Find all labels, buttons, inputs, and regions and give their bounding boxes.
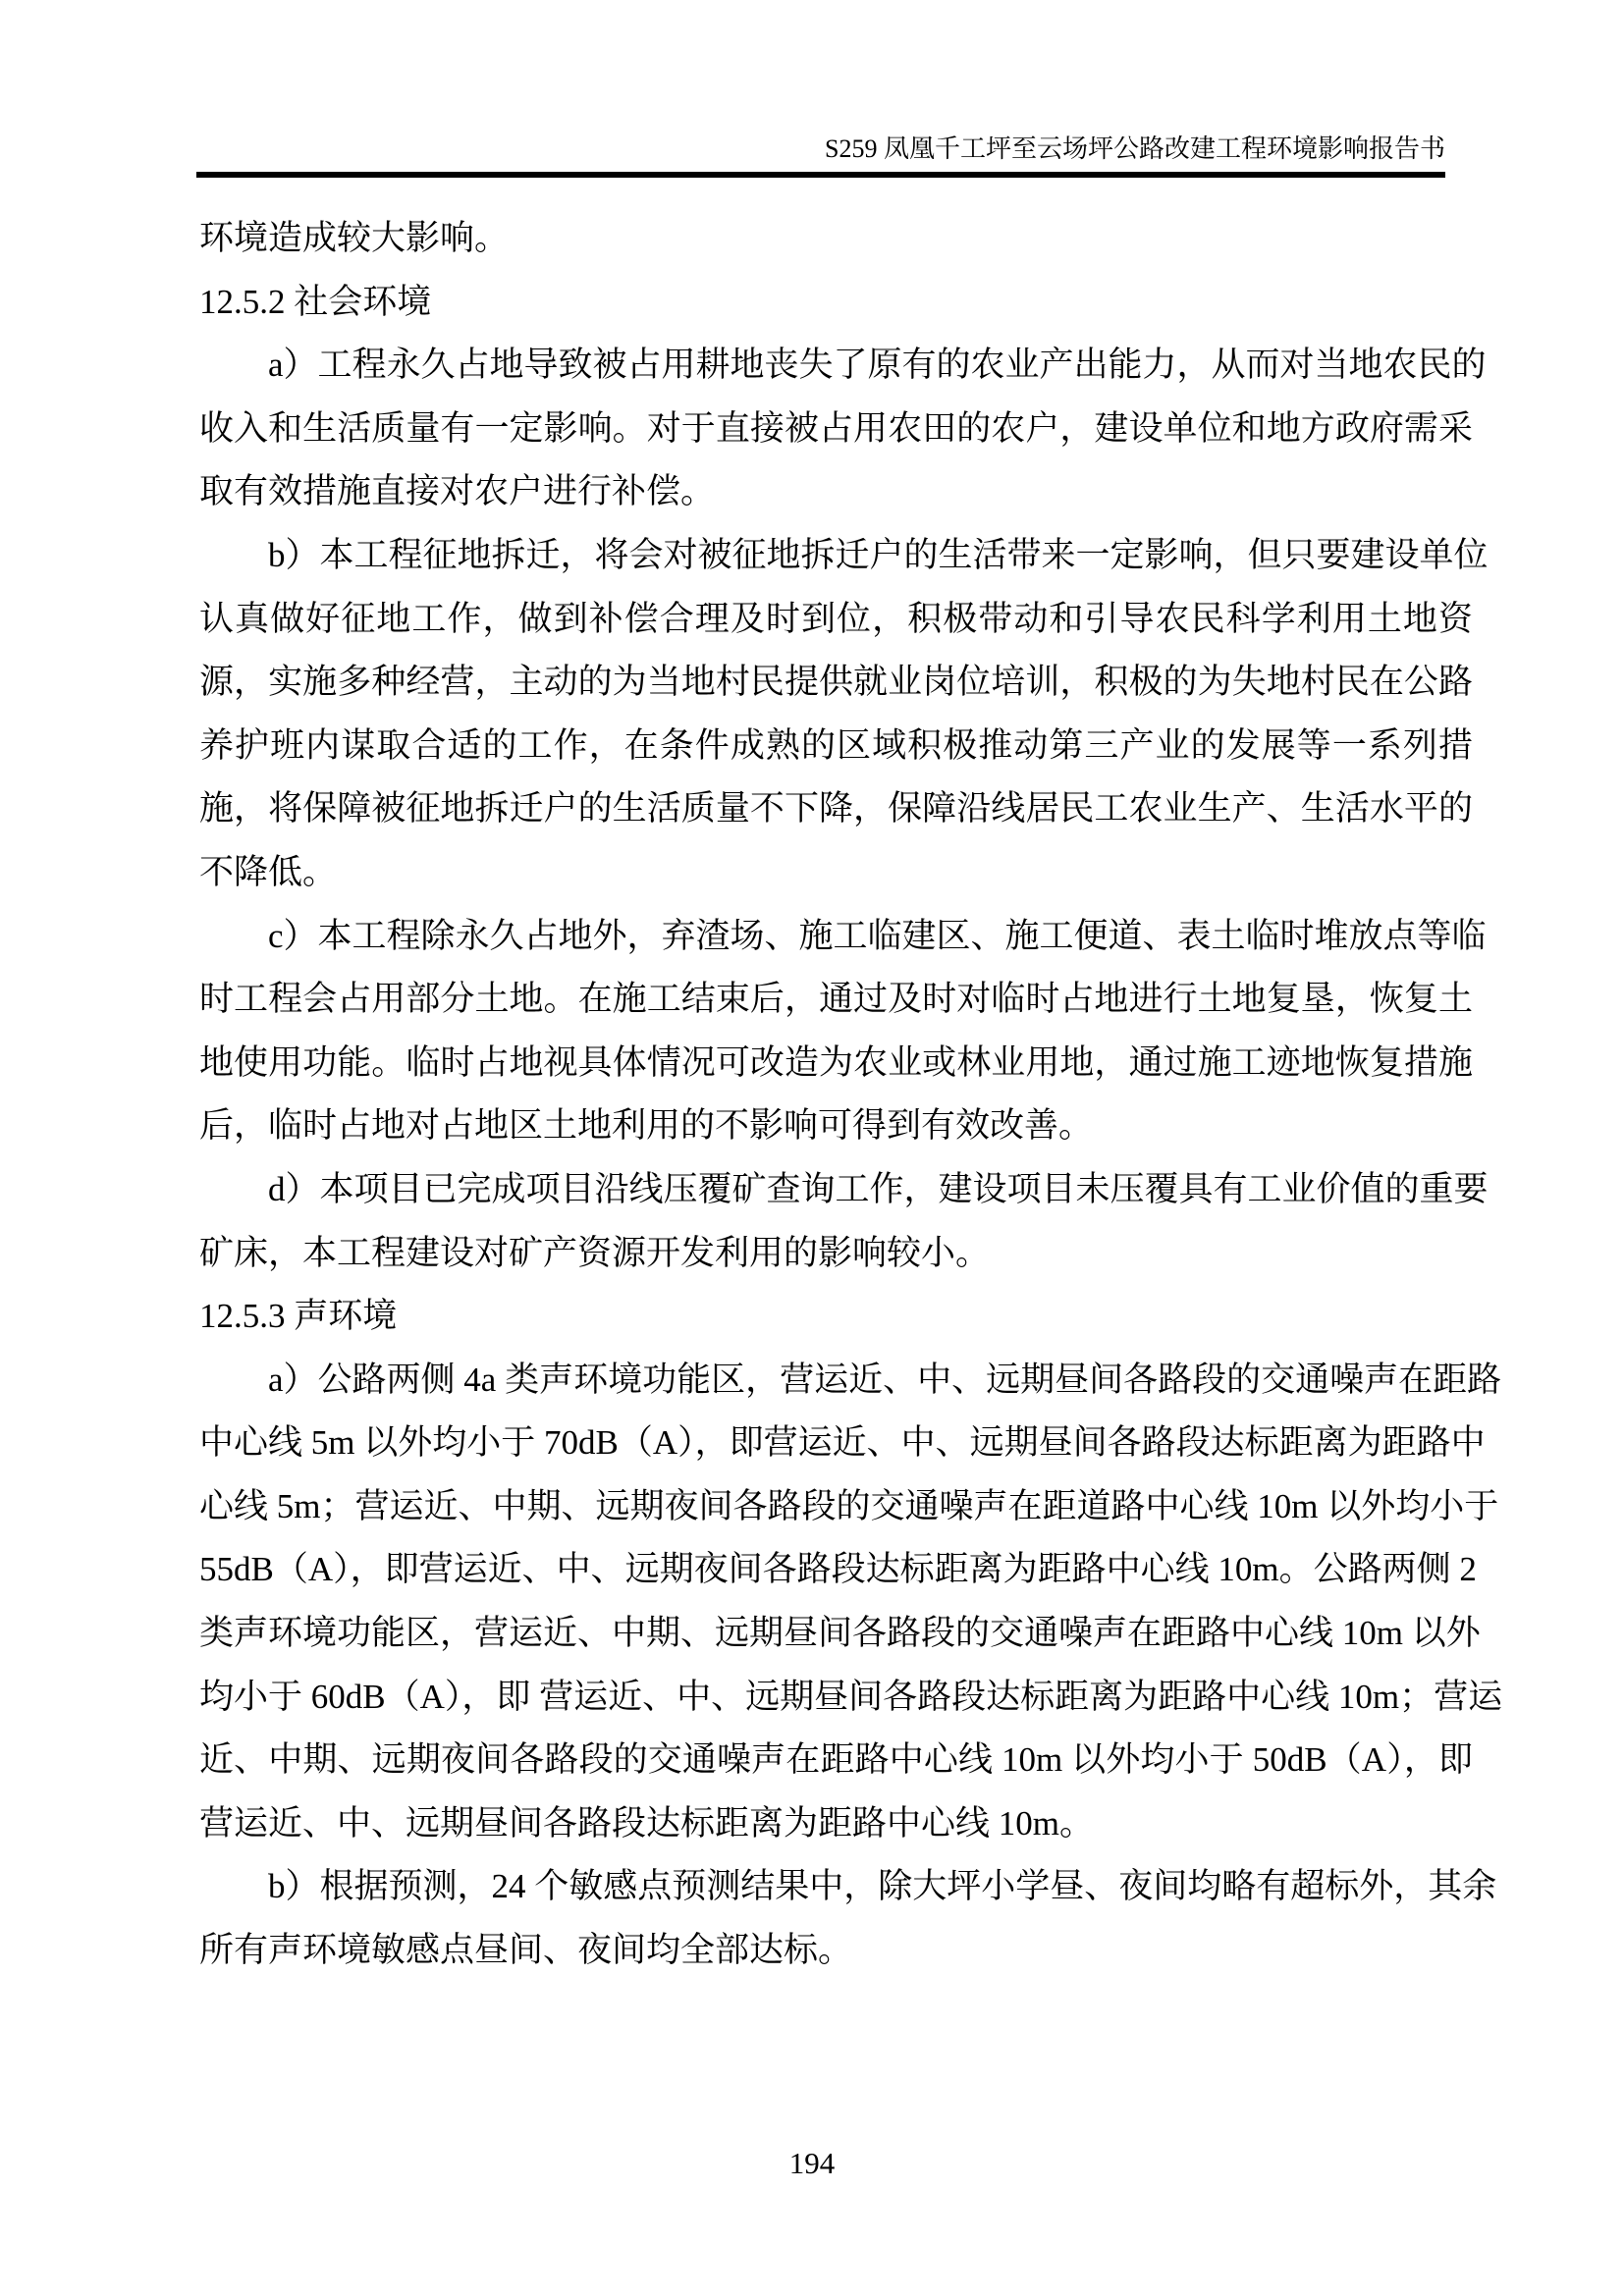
section-heading-12-5-2: 12.5.2 社会环境 [199, 271, 1473, 335]
paragraph-line: a）工程永久占地导致被占用耕地丧失了原有的农业产出能力，从而对当地农民的 [199, 334, 1473, 398]
paragraph-line: 55dB（A），即营运近、中、远期夜间各路段达标距离为距路中心线 10m。公路两… [199, 1538, 1473, 1602]
paragraph-line: 心线 5m；营运近、中期、远期夜间各路段的交通噪声在距道路中心线 10m 以外均… [199, 1475, 1473, 1539]
paragraph-line: 地使用功能。临时占地视具体情况可改造为农业或林业用地，通过施工迹地恢复措施 [199, 1032, 1473, 1095]
paragraph-line: b）本工程征地拆迁，将会对被征地拆迁户的生活带来一定影响，但只要建设单位 [199, 524, 1473, 588]
paragraph-line: 收入和生活质量有一定影响。对于直接被占用农田的农户，建设单位和地方政府需采 [199, 398, 1473, 461]
report-page: S259 凤凰千工坪至云场坪公路改建工程环境影响报告书 环境造成较大影响。 12… [0, 0, 1624, 2296]
paragraph-line: 近、中期、远期夜间各路段的交通噪声在距路中心线 10m 以外均小于 50dB（A… [199, 1729, 1473, 1792]
page-number: 194 [0, 2146, 1624, 2181]
paragraph-line: 营运近、中、远期昼间各路段达标距离为距路中心线 10m。 [199, 1792, 1473, 1856]
section-heading-12-5-3: 12.5.3 声环境 [199, 1285, 1473, 1349]
paragraph-line: b）根据预测，24 个敏感点预测结果中，除大坪小学昼、夜间均略有超标外，其余 [199, 1855, 1473, 1919]
paragraph-line: 源，实施多种经营，主动的为当地村民提供就业岗位培训，积极的为失地村民在公路 [199, 651, 1473, 715]
paragraph-line: 所有声环境敏感点昼间、夜间均全部达标。 [199, 1919, 1473, 1983]
paragraph-line: 取有效措施直接对农户进行补偿。 [199, 460, 1473, 524]
paragraph-line: 施，将保障被征地拆迁户的生活质量不下降，保障沿线居民工农业生产、生活水平的 [199, 777, 1473, 841]
header-divider-rule [196, 172, 1445, 178]
paragraph-line: 矿床，本工程建设对矿产资源开发利用的影响较小。 [199, 1222, 1473, 1286]
paragraph-line: 后，临时占地对占地区土地利用的不影响可得到有效改善。 [199, 1095, 1473, 1158]
paragraph-line: 认真做好征地工作，做到补偿合理及时到位，积极带动和引导农民科学利用土地资 [199, 588, 1473, 652]
paragraph-line: 均小于 60dB（A），即 营运近、中、远期昼间各路段达标距离为距路中心线 10… [199, 1666, 1473, 1730]
page-body: 环境造成较大影响。 12.5.2 社会环境 a）工程永久占地导致被占用耕地丧失了… [199, 207, 1473, 1983]
paragraph-line: 类声环境功能区，营运近、中期、远期昼间各路段的交通噪声在距路中心线 10m 以外 [199, 1602, 1473, 1666]
paragraph-line: d）本项目已完成项目沿线压覆矿查询工作，建设项目未压覆具有工业价值的重要 [199, 1158, 1473, 1222]
paragraph-line: 中心线 5m 以外均小于 70dB（A），即营运近、中、远期昼间各路段达标距离为… [199, 1412, 1473, 1475]
running-header-title: S259 凤凰千工坪至云场坪公路改建工程环境影响报告书 [196, 133, 1445, 165]
body-line: 环境造成较大影响。 [199, 207, 1473, 271]
paragraph-line: 不降低。 [199, 841, 1473, 905]
paragraph-line: c）本工程除永久占地外，弃渣场、施工临建区、施工便道、表土临时堆放点等临 [199, 905, 1473, 969]
paragraph-line: a）公路两侧 4a 类声环境功能区，营运近、中、远期昼间各路段的交通噪声在距路 [199, 1349, 1473, 1413]
paragraph-line: 时工程会占用部分土地。在施工结束后，通过及时对临时占地进行土地复垦，恢复土 [199, 968, 1473, 1032]
paragraph-line: 养护班内谋取合适的工作，在条件成熟的区域积极推动第三产业的发展等一系列措 [199, 715, 1473, 778]
